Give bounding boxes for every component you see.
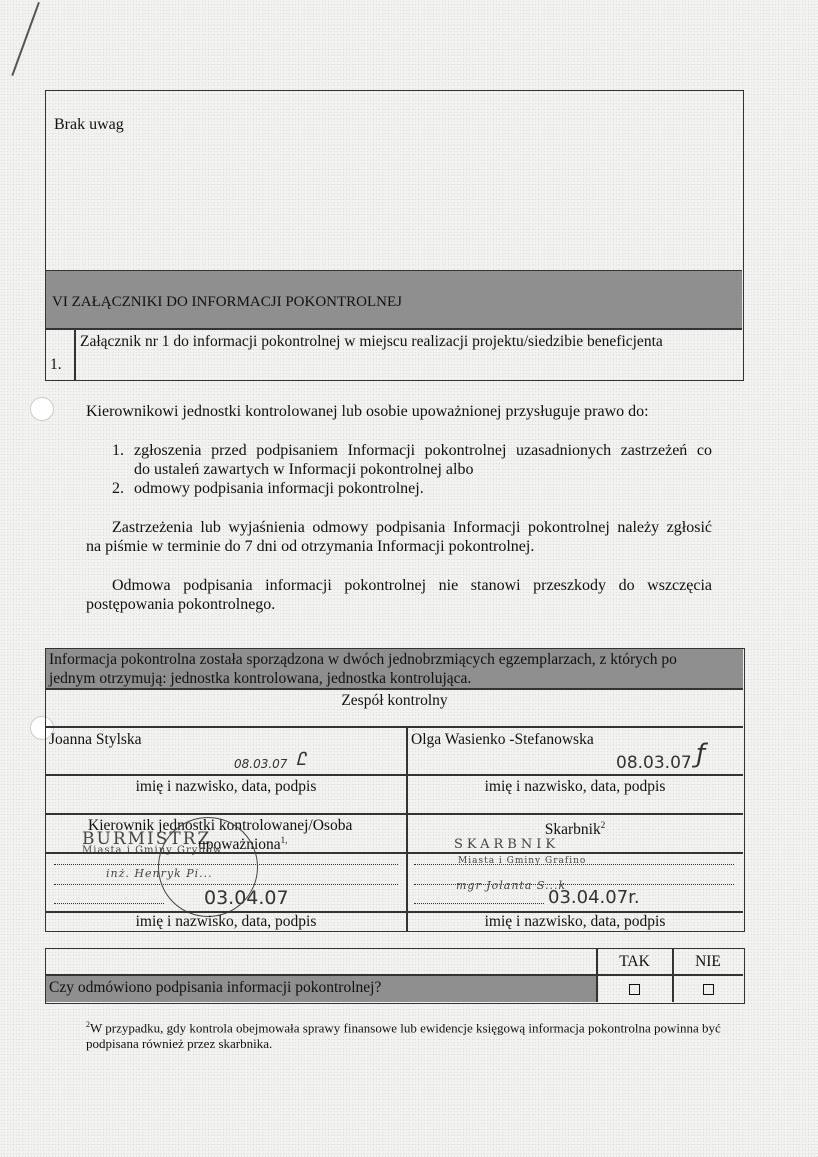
footnote: 2W przypadku, gdy kontrola obejmowała sp… bbox=[86, 1017, 721, 1052]
inspector-2-caption: imię i nazwisko, data, podpis bbox=[407, 777, 743, 796]
punch-hole bbox=[30, 397, 54, 421]
attachments-header-title: VI ZAŁĄCZNIKI DO INFORMACJI POKONTROLNEJ bbox=[52, 293, 402, 312]
signatures-table: Informacja pokontrolna została sporządzo… bbox=[45, 648, 745, 932]
yes-checkbox[interactable] bbox=[629, 984, 640, 995]
rights-item-1-line2: do ustaleń zawartych w Informacji pokont… bbox=[134, 460, 473, 479]
rights-item-2-num: 2. bbox=[112, 479, 124, 498]
rights-item-1-line1: zgłoszenia przed podpisaniem Informacji … bbox=[134, 441, 712, 460]
no-label: NIE bbox=[673, 952, 743, 971]
head-round-stamp bbox=[158, 817, 258, 917]
team-label: Zespół kontrolny bbox=[46, 691, 743, 710]
inspector-1-signature: Ꮭ bbox=[296, 749, 306, 770]
attachments-header: VI ZAŁĄCZNIKI DO INFORMACJI POKONTROLNEJ bbox=[46, 270, 742, 329]
treasurer-caption: imię i nazwisko, data, podpis bbox=[407, 912, 743, 931]
refusal-table: Czy odmówiono podpisania informacji poko… bbox=[45, 948, 745, 1004]
inspector-2-signature: ƒ bbox=[696, 739, 705, 769]
treasurer-stamp-sub: Miasta i Gminy Grafino bbox=[458, 856, 586, 866]
yes-checkbox-cell bbox=[597, 982, 672, 1000]
rights-item-1-num: 1. bbox=[112, 441, 124, 460]
attachment-number: 1. bbox=[50, 355, 62, 374]
refusal-question: Czy odmówiono podpisania informacji poko… bbox=[49, 978, 381, 997]
pen-mark bbox=[11, 2, 40, 76]
inspector-1-date: 08.03.07 bbox=[234, 757, 287, 771]
footnote-line2: podpisana również przez skarbnika. bbox=[86, 1036, 721, 1052]
attachment-item[interactable]: Załącznik nr 1 do informacji pokontrolne… bbox=[80, 332, 663, 351]
inspector-2-date: 08.03.07 bbox=[616, 753, 692, 773]
refusal-para-line2: postępowania pokontrolnego. bbox=[86, 595, 275, 614]
treasurer-stamp-title: SKARBNIK bbox=[454, 837, 559, 852]
refusal-question-cell: Czy odmówiono podpisania informacji poko… bbox=[46, 975, 596, 1002]
objections-para-line2: na piśmie w terminie do 7 dni od otrzyma… bbox=[86, 537, 534, 556]
objections-para-line1: Zastrzeżenia lub wyjaśnienia odmowy podp… bbox=[112, 518, 712, 537]
no-checkbox[interactable] bbox=[703, 984, 714, 995]
footnote-line1: 2W przypadku, gdy kontrola obejmowała sp… bbox=[86, 1017, 721, 1036]
inspector-1-caption: imię i nazwisko, data, podpis bbox=[46, 777, 406, 796]
treasurer-date: 03.04.07r. bbox=[548, 887, 640, 908]
remarks-text: Brak uwag bbox=[54, 115, 124, 134]
inspector-2-name: Olga Wasienko -Stefanowska bbox=[411, 730, 594, 749]
yes-label: TAK bbox=[597, 952, 672, 971]
treasurer-label: Skarbnik2 bbox=[407, 816, 743, 839]
rights-item-2-line1: odmowy podpisania informacji pokontrolne… bbox=[134, 479, 424, 498]
inspector-1-name: Joanna Stylska bbox=[49, 730, 142, 749]
remarks-attachments-table: Brak uwag VI ZAŁĄCZNIKI DO INFORMACJI PO… bbox=[45, 90, 744, 381]
signatures-header-line1: Informacja pokontrolna została sporządzo… bbox=[49, 650, 677, 669]
head-caption: imię i nazwisko, data, podpis bbox=[46, 912, 406, 931]
refusal-para-line1: Odmowa podpisania informacji pokontrolne… bbox=[112, 576, 712, 595]
signatures-header: Informacja pokontrolna została sporządzo… bbox=[46, 649, 743, 688]
no-checkbox-cell bbox=[673, 982, 743, 1000]
signatures-header-line2: jednym otrzymują: jednostka kontrolowana… bbox=[49, 669, 471, 688]
rights-intro: Kierownikowi jednostki kontrolowanej lub… bbox=[86, 402, 649, 421]
